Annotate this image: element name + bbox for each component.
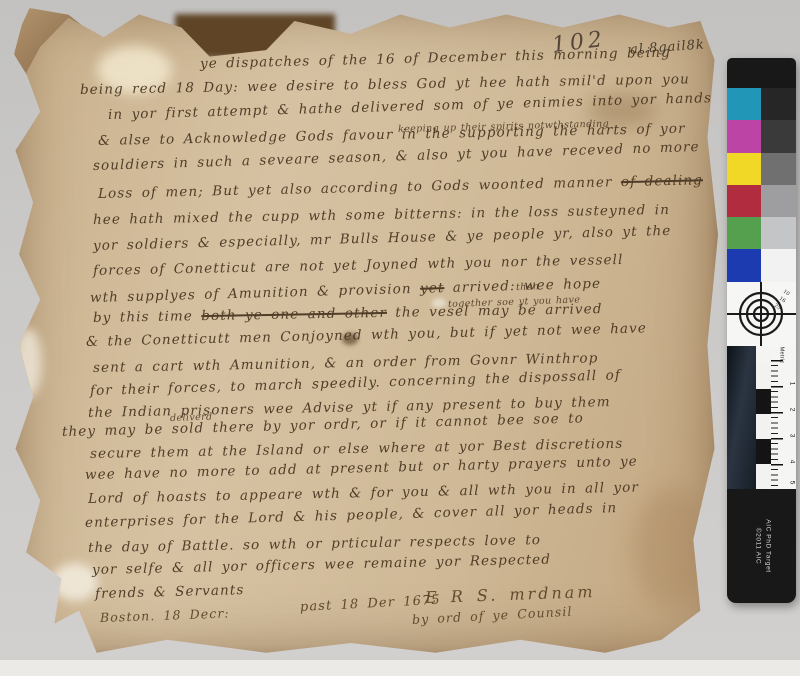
patch-magenta [727, 120, 761, 152]
interlinear-insertion: then [516, 281, 540, 293]
metric-scale: Metric 1 2 3 4 5 [771, 346, 796, 489]
patch-gray-3 [761, 153, 796, 185]
target-label-name: AIC PhD Target [762, 493, 772, 599]
paper-stain [14, 328, 42, 398]
color-target: 10 16 25 Metric 1 2 3 4 5 AIC PhD Target [727, 58, 796, 603]
ruler-number: 2 [789, 408, 796, 412]
manuscript-line: yor selfe & all yor officers wee remaine… [92, 552, 551, 578]
patch-blue [727, 249, 761, 281]
patch-row [727, 88, 796, 120]
manuscript-line: yor soldiers & especially, mr Bulls Hous… [93, 223, 672, 254]
patch-row [727, 249, 796, 281]
patch-gray-2 [761, 120, 796, 152]
patch-yellow [727, 153, 761, 185]
manuscript-line: ye dispatches of the 16 of December this… [200, 44, 671, 72]
manuscript-line: Loss of men; But yet also according to G… [98, 172, 703, 202]
ruler-number: 1 [789, 382, 796, 386]
photo-background: 102 al.8gail8k ye dispatches of the 16 o… [0, 0, 800, 676]
manuscript-line: hee hath mixed the cupp wth some bittern… [93, 202, 670, 228]
dateline-place: Boston. 18 Decr: [100, 605, 230, 625]
manuscript-line: forces of Conetticut are not yet Joyned … [93, 252, 624, 279]
paper-stain [632, 488, 712, 608]
patch-row [727, 153, 796, 185]
manuscript-paper: 102 al.8gail8k ye dispatches of the 16 o… [12, 8, 718, 656]
interlinear-insertion: deliverd [170, 412, 213, 424]
focus-target-icon: 10 16 25 [727, 282, 796, 346]
patch-row [727, 217, 796, 249]
ruler-major-ticks [771, 360, 783, 486]
ruler-number: 3 [789, 434, 796, 438]
patch-white [761, 249, 796, 281]
gloss-strip [727, 346, 756, 489]
manuscript-line: & the Conetticutt men Conjoyned wth you,… [86, 320, 647, 350]
patch-cyan [727, 88, 761, 120]
patch-gray-4 [761, 185, 796, 217]
patch-gray-1 [761, 88, 796, 120]
patch-red [727, 185, 761, 217]
patch-green [727, 217, 761, 249]
ruler-number: 5 [789, 481, 796, 485]
patch-row [727, 120, 796, 152]
patch-gray-5 [761, 217, 796, 249]
color-patch-grid [727, 88, 796, 282]
patch-row [727, 185, 796, 217]
checkerboard-strip [756, 364, 771, 489]
target-label-cap: AIC PhD Target ©2011 AIC [727, 489, 796, 603]
manuscript-line: frends & Servants [95, 582, 245, 602]
target-label-copyright: ©2011 AIC [751, 493, 761, 599]
photo-edge-band [0, 660, 800, 676]
ruler-section: Metric 1 2 3 4 5 [727, 346, 796, 489]
ruler-number: 4 [789, 460, 796, 464]
